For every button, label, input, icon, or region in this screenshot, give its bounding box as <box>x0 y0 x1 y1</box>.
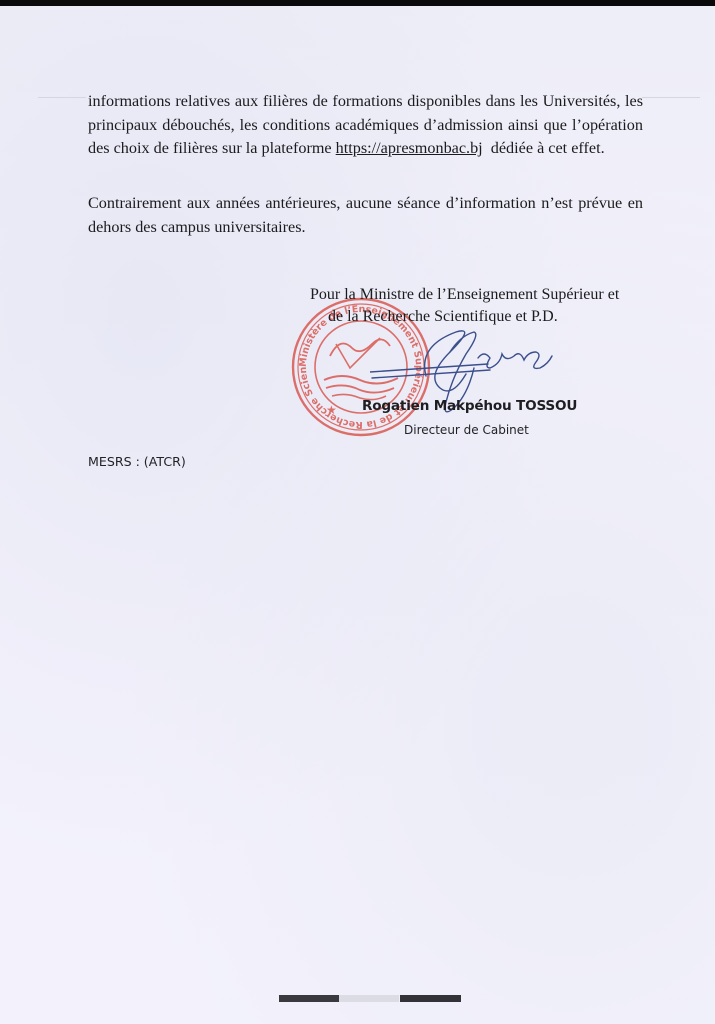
signer-name: Rogatien Makpéhou TOSSOU <box>362 398 577 414</box>
paragraph-information: informations relatives aux filières de f… <box>88 90 643 161</box>
signature-heading-line2: de la Recherche Scientifique et P.D. <box>310 306 650 328</box>
reference-code: MESRS : (ATCR) <box>88 454 186 469</box>
signature-heading-line1: Pour la Ministre de l’Enseignement Supér… <box>310 286 619 303</box>
platform-link[interactable]: https://apresmonbac.bj <box>336 139 483 157</box>
margin-line-right <box>642 97 700 98</box>
signer-title: Directeur de Cabinet <box>404 423 529 437</box>
svg-text:★: ★ <box>326 403 337 417</box>
page-separator-left <box>279 995 339 1002</box>
page-separator-middle <box>339 995 399 1002</box>
paragraph-no-sessions: Contrairement aux années antérieures, au… <box>88 192 643 239</box>
margin-line-left <box>38 97 86 98</box>
page-separator-right <box>400 995 461 1002</box>
paragraph-text-end: dédiée à cet effet. <box>483 139 605 157</box>
signature-heading: Pour la Ministre de l’Enseignement Supér… <box>310 284 650 328</box>
